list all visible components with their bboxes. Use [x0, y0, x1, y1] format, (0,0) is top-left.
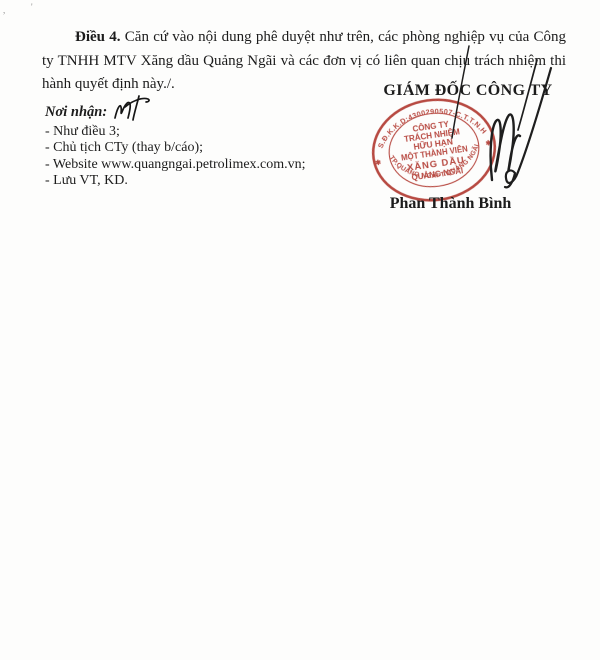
- seal-star-right: ✱: [485, 139, 492, 148]
- signer-name: Phan Thành Bình: [368, 195, 533, 213]
- scanned-document-page: { "document": { "paragraph": { "label": …: [0, 0, 600, 660]
- recipient-item: - Như điều 3;: [45, 124, 365, 141]
- recipient-item: - Website www.quangngai.petrolimex.com.v…: [45, 157, 365, 174]
- recipients-block: Nơi nhận: - Như điều 3; - Chủ tịch CTy (…: [45, 104, 365, 190]
- recipients-heading: Nơi nhận:: [45, 104, 107, 121]
- signature-title: GIÁM ĐỐC CÔNG TY: [368, 82, 568, 100]
- article-label: Điều 4.: [75, 29, 121, 45]
- company-seal-stamp: S.Đ.K.K.D:4300290507-C.T.T.N.H TP.QUẢNG …: [362, 88, 505, 211]
- recipient-item: - Chủ tịch CTy (thay b/cáo);: [45, 140, 365, 157]
- seal-star-left: ✱: [375, 159, 382, 168]
- scan-artifact: ,: [3, 6, 5, 15]
- recipient-item: - Lưu VT, KD.: [45, 173, 365, 190]
- scan-artifact: ': [31, 3, 33, 12]
